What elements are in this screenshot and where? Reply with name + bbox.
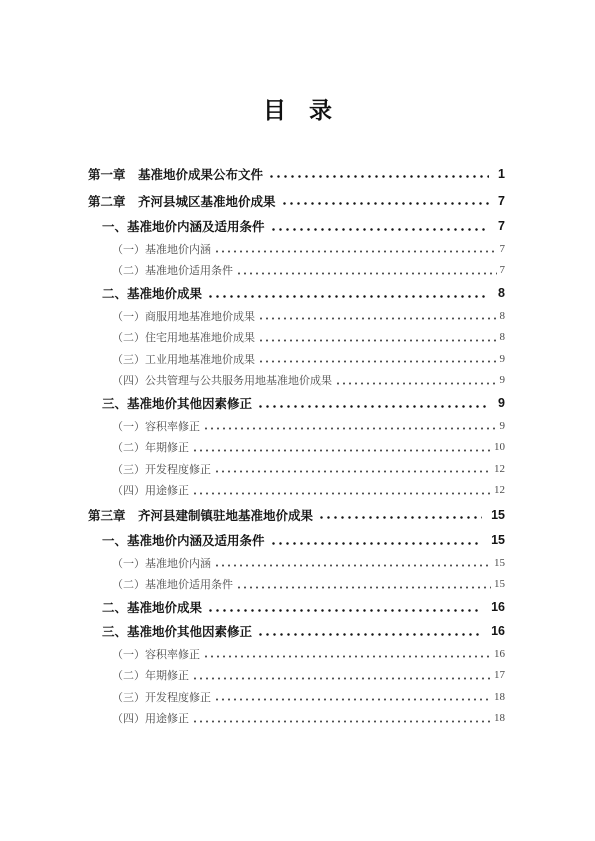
toc-entry: （一）商服用地基准地价成果8: [88, 305, 505, 327]
dot-leader: [203, 655, 491, 658]
toc-entry: （二）基准地价适用条件7: [88, 260, 505, 282]
toc-entry-page-number: 15: [494, 578, 505, 590]
toc-entry-label: （二）住宅用地基准地价成果: [112, 329, 255, 345]
toc-entry: 一、基准地价内涵及适用条件7: [88, 214, 505, 238]
dot-leader: [192, 677, 491, 680]
dot-leader: [192, 449, 491, 452]
dot-leader: [207, 295, 489, 298]
toc-entry-page-number: 18: [494, 691, 505, 703]
page-title: 目 录: [0, 94, 595, 128]
dot-leader: [203, 427, 497, 430]
toc-entry: 二、基准地价成果16: [88, 595, 505, 619]
toc-entry-page-number: 8: [500, 331, 506, 343]
toc-entry-page-number: 16: [494, 648, 505, 660]
toc-entry-label: 一、基准地价内涵及适用条件: [102, 217, 265, 235]
toc-entry-page-number: 9: [500, 374, 506, 386]
dot-leader: [268, 175, 489, 178]
toc-entry-page-number: 12: [494, 463, 505, 475]
toc-entry: （一）基准地价内涵7: [88, 238, 505, 260]
toc-entry-label: 第三章 齐河县建制镇驻地基准地价成果: [88, 506, 313, 524]
toc-entry-label: 三、基准地价其他因素修正: [102, 394, 252, 412]
toc-list: 第一章 基准地价成果公布文件1第二章 齐河县城区基准地价成果7一、基准地价内涵及…: [88, 160, 505, 729]
toc-entry-page-number: 9: [500, 420, 506, 432]
dot-leader: [318, 516, 482, 519]
dot-leader: [258, 360, 497, 363]
toc-entry: 一、基准地价内涵及适用条件15: [88, 528, 505, 552]
toc-entry-label: 三、基准地价其他因素修正: [102, 622, 252, 640]
toc-entry-page-number: 15: [491, 508, 505, 522]
dot-leader: [258, 339, 497, 342]
dot-leader: [214, 470, 491, 473]
toc-entry-label: （二）年期修正: [112, 439, 189, 455]
toc-entry-page-number: 16: [491, 600, 505, 614]
dot-leader: [281, 202, 490, 205]
toc-entry: （四）用途修正18: [88, 708, 505, 730]
toc-entry: （二）年期修正10: [88, 437, 505, 459]
dot-leader: [270, 228, 490, 231]
dot-leader: [257, 405, 489, 408]
toc-entry-page-number: 15: [494, 557, 505, 569]
toc-entry-label: 第二章 齐河县城区基准地价成果: [88, 192, 276, 210]
toc-entry: （二）年期修正17: [88, 665, 505, 687]
dot-leader: [214, 564, 491, 567]
toc-entry: （一）容积率修正9: [88, 415, 505, 437]
toc-entry-label: 二、基准地价成果: [102, 598, 202, 616]
toc-entry: （一）基准地价内涵15: [88, 552, 505, 574]
toc-entry-page-number: 10: [494, 441, 505, 453]
toc-entry-label: 二、基准地价成果: [102, 284, 202, 302]
toc-entry-page-number: 16: [491, 624, 505, 638]
dot-leader: [257, 633, 482, 636]
toc-entry-page-number: 17: [494, 669, 505, 681]
toc-entry-label: （四）公共管理与公共服务用地基准地价成果: [112, 372, 332, 388]
toc-entry: （四）用途修正12: [88, 480, 505, 502]
toc-entry: 第一章 基准地价成果公布文件1: [88, 160, 505, 187]
toc-entry: 三、基准地价其他因素修正16: [88, 619, 505, 643]
toc-entry: （四）公共管理与公共服务用地基准地价成果9: [88, 370, 505, 392]
toc-entry-page-number: 15: [491, 533, 505, 547]
toc-entry: 三、基准地价其他因素修正9: [88, 391, 505, 415]
toc-entry: （二）住宅用地基准地价成果8: [88, 327, 505, 349]
toc-entry-page-number: 8: [500, 310, 506, 322]
dot-leader: [207, 609, 482, 612]
toc-entry-page-number: 9: [498, 396, 505, 410]
toc-entry: （三）开发程度修正12: [88, 458, 505, 480]
toc-entry-label: （二）基准地价适用条件: [112, 262, 233, 278]
toc-entry-label: （二）基准地价适用条件: [112, 576, 233, 592]
toc-entry-label: （四）用途修正: [112, 710, 189, 726]
toc-entry-label: （三）工业用地基准地价成果: [112, 351, 255, 367]
dot-leader: [192, 492, 491, 495]
dot-leader: [214, 250, 497, 253]
toc-entry-label: 第一章 基准地价成果公布文件: [88, 165, 263, 183]
toc-entry-label: （二）年期修正: [112, 667, 189, 683]
toc-entry-page-number: 7: [500, 264, 506, 276]
document-page: 目 录 第一章 基准地价成果公布文件1第二章 齐河县城区基准地价成果7一、基准地…: [0, 0, 595, 841]
dot-leader: [192, 720, 491, 723]
toc-entry-label: （一）容积率修正: [112, 418, 200, 434]
toc-entry: 第二章 齐河县城区基准地价成果7: [88, 187, 505, 214]
toc-entry-page-number: 1: [498, 167, 505, 181]
toc-entry-page-number: 8: [498, 286, 505, 300]
toc-entry: （三）工业用地基准地价成果9: [88, 348, 505, 370]
dot-leader: [236, 586, 491, 589]
toc-entry: （三）开发程度修正18: [88, 686, 505, 708]
toc-entry-page-number: 7: [500, 243, 506, 255]
dot-leader: [214, 698, 491, 701]
toc-entry-page-number: 12: [494, 484, 505, 496]
toc-entry-page-number: 9: [500, 353, 506, 365]
dot-leader: [270, 542, 483, 545]
toc-entry-label: （四）用途修正: [112, 482, 189, 498]
dot-leader: [258, 317, 497, 320]
toc-entry-label: （一）商服用地基准地价成果: [112, 308, 255, 324]
toc-entry-page-number: 7: [498, 194, 505, 208]
toc-entry-label: （一）容积率修正: [112, 646, 200, 662]
toc-entry-label: （三）开发程度修正: [112, 689, 211, 705]
toc-entry: 二、基准地价成果8: [88, 281, 505, 305]
toc-entry-page-number: 7: [498, 219, 505, 233]
toc-entry: （二）基准地价适用条件15: [88, 574, 505, 596]
dot-leader: [236, 272, 497, 275]
toc-entry-page-number: 18: [494, 712, 505, 724]
toc-entry-label: （一）基准地价内涵: [112, 241, 211, 257]
toc-entry: （一）容积率修正16: [88, 643, 505, 665]
dot-leader: [335, 382, 497, 385]
toc-entry-label: （一）基准地价内涵: [112, 555, 211, 571]
toc-entry-label: （三）开发程度修正: [112, 461, 211, 477]
toc-entry: 第三章 齐河县建制镇驻地基准地价成果15: [88, 501, 505, 528]
toc-entry-label: 一、基准地价内涵及适用条件: [102, 531, 265, 549]
